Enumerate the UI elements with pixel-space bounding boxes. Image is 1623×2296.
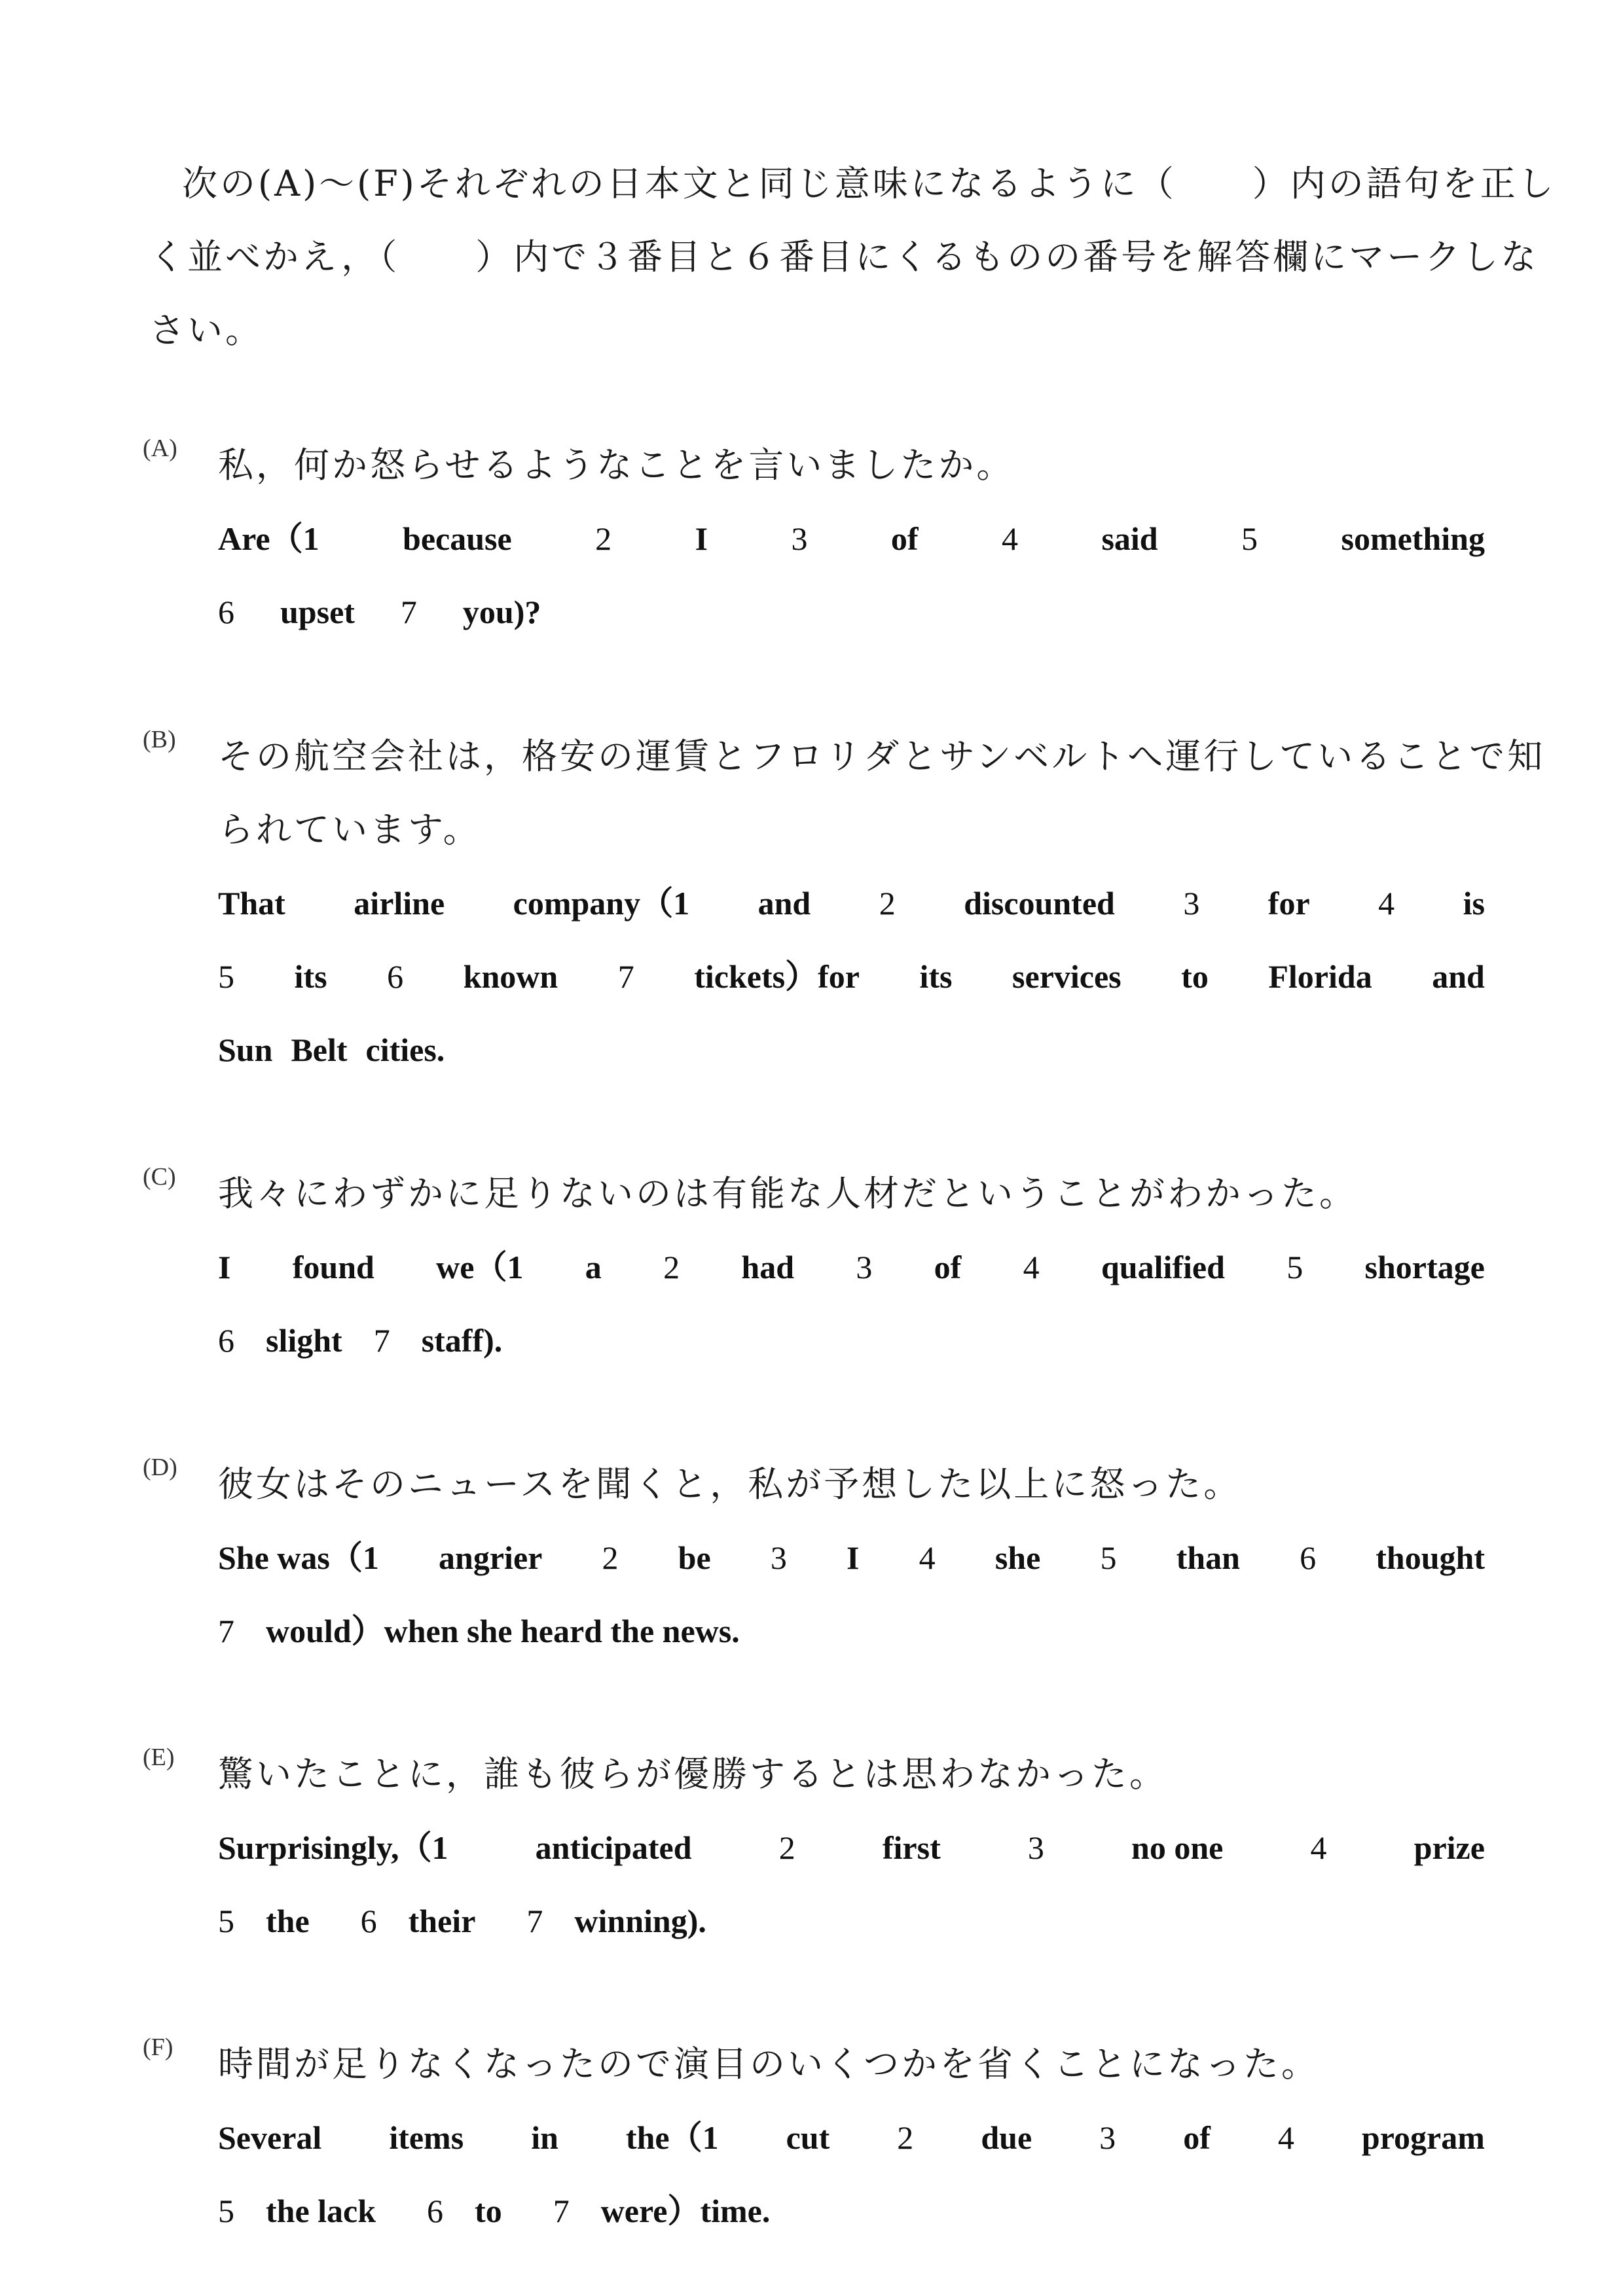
question-label: (F)	[143, 2033, 173, 2062]
question-label: (D)	[143, 1453, 177, 1482]
instructions-line: く並べかえ，（ ）内で３番目と６番目にくるものの番号を解答欄にマークしな	[149, 221, 1485, 294]
japanese-line: 驚いたことに，誰も彼らが優勝するとは思わなかった。	[218, 1738, 1485, 1811]
choice-number: 5	[218, 1884, 234, 1958]
token: be	[678, 1521, 711, 1594]
choice-number: 6	[218, 575, 234, 649]
choice-number: 2	[663, 1230, 680, 1304]
token: of	[934, 1230, 962, 1304]
choice-number: 3	[791, 502, 807, 575]
token: because	[403, 502, 512, 575]
question-f: (F) 時間が足りなくなったので演目のいくつかを省くことになった。 Severa…	[143, 2028, 1485, 2248]
token: Sun	[218, 1013, 272, 1086]
choice-number: 6	[427, 2174, 443, 2248]
choice-number: 7	[218, 1594, 234, 1668]
choice-number: 6	[1300, 1521, 1316, 1594]
question-e: (E) 驚いたことに，誰も彼らが優勝するとは思わなかった。 Surprising…	[143, 1738, 1485, 1958]
token: a	[585, 1230, 602, 1304]
choice-number: 2	[602, 1521, 619, 1594]
token: company（1	[513, 867, 689, 940]
choice-number: 6	[387, 940, 403, 1013]
token: thought	[1376, 1521, 1485, 1594]
choice-number: 4	[1311, 1811, 1327, 1884]
question-label: (B)	[143, 725, 176, 754]
japanese-sentence: 私，何か怒らせるようなことを言いましたか。	[218, 429, 1485, 502]
question-a: (A) 私，何か怒らせるようなことを言いましたか。 Are（1 because …	[143, 429, 1485, 649]
token: their	[409, 1884, 476, 1958]
choice-number: 2	[779, 1811, 795, 1884]
choice-number: 7	[553, 2174, 570, 2248]
japanese-sentence: 驚いたことに，誰も彼らが優勝するとは思わなかった。	[218, 1738, 1485, 1811]
token: angrier	[439, 1521, 542, 1594]
token: the lack	[266, 2174, 376, 2248]
token: we（1	[436, 1230, 523, 1304]
token: I	[847, 1521, 859, 1594]
token: known	[464, 940, 558, 1013]
english-line: Surprisingly,（1 anticipated 2 first 3 no…	[218, 1811, 1485, 1884]
token: and	[1432, 940, 1485, 1013]
english-scramble: Are（1 because 2 I 3 of 4 said 5 somethin…	[218, 502, 1485, 649]
english-scramble: Several items in the（1 cut 2 due 3 of 4 …	[218, 2101, 1485, 2248]
token: discounted	[964, 867, 1115, 940]
choice-number: 6	[361, 1884, 377, 1958]
instructions: 次の(A)～(F)それぞれの日本文と同じ意味になるように（ ）内の語句を正し く…	[149, 147, 1485, 367]
choice-number: 5	[218, 2174, 234, 2248]
choice-number: 4	[1023, 1230, 1040, 1304]
token: in	[531, 2101, 558, 2174]
token: no one	[1131, 1811, 1223, 1884]
japanese-sentence: 彼女はそのニュースを聞くと，私が予想した以上に怒った。	[218, 1448, 1485, 1521]
japanese-sentence: 時間が足りなくなったので演目のいくつかを省くことになった。	[218, 2028, 1485, 2101]
english-line: She was（1 angrier 2 be 3 I 4 she 5 than …	[218, 1521, 1485, 1594]
question-label: (E)	[143, 1743, 175, 1772]
token: found	[293, 1230, 374, 1304]
token: had	[741, 1230, 794, 1304]
choice-number: 5	[1100, 1521, 1116, 1594]
choice-number: 3	[771, 1521, 787, 1594]
token: the	[266, 1884, 310, 1958]
token: than	[1176, 1521, 1240, 1594]
token: prize	[1414, 1811, 1485, 1884]
token: winning).	[574, 1884, 706, 1958]
token: were）time.	[601, 2174, 771, 2248]
choice-number: 3	[1099, 2101, 1116, 2174]
token: would）when she heard the news.	[266, 1594, 740, 1668]
token: is	[1463, 867, 1485, 940]
token: cut	[786, 2101, 830, 2174]
choice-number: 7	[401, 575, 417, 649]
token: I	[695, 502, 708, 575]
choice-number: 7	[374, 1304, 390, 1377]
token: of	[891, 502, 919, 575]
instructions-line: 次の(A)～(F)それぞれの日本文と同じ意味になるように（ ）内の語句を正し	[149, 147, 1485, 221]
token: its	[295, 940, 327, 1013]
token: said	[1101, 502, 1158, 575]
token: Surprisingly,（1	[218, 1811, 448, 1884]
english-line: 7 would）when she heard the news.	[218, 1594, 1485, 1668]
token: she	[995, 1521, 1040, 1594]
choice-number: 2	[897, 2101, 913, 2174]
token: to	[1181, 940, 1209, 1013]
choice-number: 6	[218, 1304, 234, 1377]
japanese-line: 私，何か怒らせるようなことを言いましたか。	[218, 429, 1485, 502]
token: upset	[280, 575, 355, 649]
english-line: Sun Belt cities.	[218, 1013, 1485, 1086]
question-c: (C) 我々にわずかに足りないのは有能な人材だということがわかった。 I fou…	[143, 1157, 1485, 1377]
choice-number: 3	[1028, 1811, 1044, 1884]
choice-number: 2	[595, 502, 611, 575]
japanese-line: 彼女はそのニュースを聞くと，私が予想した以上に怒った。	[218, 1448, 1485, 1521]
japanese-sentence: 我々にわずかに足りないのは有能な人材だということがわかった。	[218, 1157, 1485, 1230]
token: services	[1012, 940, 1122, 1013]
english-line: Several items in the（1 cut 2 due 3 of 4 …	[218, 2101, 1485, 2174]
choice-number: 4	[1378, 867, 1395, 940]
english-line: 5 the lack 6 to 7 were）time.	[218, 2174, 1485, 2248]
token: to	[475, 2174, 502, 2248]
japanese-sentence: その航空会社は，格安の運賃とフロリダとサンベルトへ運行していることで知 られてい…	[218, 720, 1485, 867]
english-scramble: That airline company（1 and 2 discounted …	[218, 867, 1485, 1086]
question-d: (D) 彼女はそのニュースを聞くと，私が予想した以上に怒った。 She was（…	[143, 1448, 1485, 1668]
choice-number: 3	[1183, 867, 1199, 940]
japanese-line: その航空会社は，格安の運賃とフロリダとサンベルトへ運行していることで知	[218, 720, 1485, 793]
english-scramble: She was（1 angrier 2 be 3 I 4 she 5 than …	[218, 1521, 1485, 1668]
english-line: 5 its 6 known 7 tickets）for its services…	[218, 940, 1485, 1013]
english-scramble: Surprisingly,（1 anticipated 2 first 3 no…	[218, 1811, 1485, 1958]
token: Florida	[1268, 940, 1372, 1013]
exam-page: 次の(A)～(F)それぞれの日本文と同じ意味になるように（ ）内の語句を正し く…	[0, 0, 1623, 2296]
token: cities.	[366, 1013, 445, 1086]
japanese-line: 我々にわずかに足りないのは有能な人材だということがわかった。	[218, 1157, 1485, 1230]
token: Belt	[291, 1013, 347, 1086]
english-line: 6 slight 7 staff).	[218, 1304, 1485, 1377]
token: That	[218, 867, 285, 940]
token: due	[981, 2101, 1032, 2174]
token: I	[218, 1230, 230, 1304]
choice-number: 5	[1286, 1230, 1303, 1304]
english-line: Are（1 because 2 I 3 of 4 said 5 somethin…	[218, 502, 1485, 575]
choice-number: 4	[919, 1521, 936, 1594]
choice-number: 4	[1002, 502, 1018, 575]
token: you)?	[463, 575, 541, 649]
token: program	[1362, 2101, 1485, 2174]
question-label: (A)	[143, 434, 177, 463]
english-line: 5 the 6 their 7 winning).	[218, 1884, 1485, 1958]
token: anticipated	[536, 1811, 692, 1884]
english-line: I found we（1 a 2 had 3 of 4 qualified 5 …	[218, 1230, 1485, 1304]
english-line: That airline company（1 and 2 discounted …	[218, 867, 1485, 940]
token: first	[883, 1811, 941, 1884]
token: slight	[266, 1304, 342, 1377]
question-label: (C)	[143, 1162, 176, 1191]
token: airline	[354, 867, 445, 940]
token: staff).	[422, 1304, 503, 1377]
token: items	[389, 2101, 464, 2174]
token: for	[1268, 867, 1310, 940]
instructions-line: さい。	[149, 294, 1485, 367]
token: qualified	[1101, 1230, 1225, 1304]
token: tickets）for	[694, 940, 860, 1013]
choice-number: 2	[879, 867, 896, 940]
token: She was（1	[218, 1521, 379, 1594]
token: its	[920, 940, 953, 1013]
token: Are（1	[218, 502, 319, 575]
question-b: (B) その航空会社は，格安の運賃とフロリダとサンベルトへ運行していることで知 …	[143, 720, 1485, 1086]
choice-number: 5	[1241, 502, 1258, 575]
token: something	[1341, 502, 1484, 575]
choice-number: 4	[1278, 2101, 1294, 2174]
token: the（1	[626, 2101, 719, 2174]
japanese-line: 時間が足りなくなったので演目のいくつかを省くことになった。	[218, 2028, 1485, 2101]
japanese-line: られています。	[218, 793, 1485, 867]
choice-number: 7	[526, 1884, 543, 1958]
choice-number: 5	[218, 940, 234, 1013]
choice-number: 3	[856, 1230, 872, 1304]
token: shortage	[1365, 1230, 1485, 1304]
token: and	[758, 867, 811, 940]
english-line: 6 upset 7 you)?	[218, 575, 1485, 649]
choice-number: 7	[618, 940, 634, 1013]
token: Several	[218, 2101, 321, 2174]
token: of	[1183, 2101, 1211, 2174]
english-scramble: I found we（1 a 2 had 3 of 4 qualified 5 …	[218, 1230, 1485, 1377]
